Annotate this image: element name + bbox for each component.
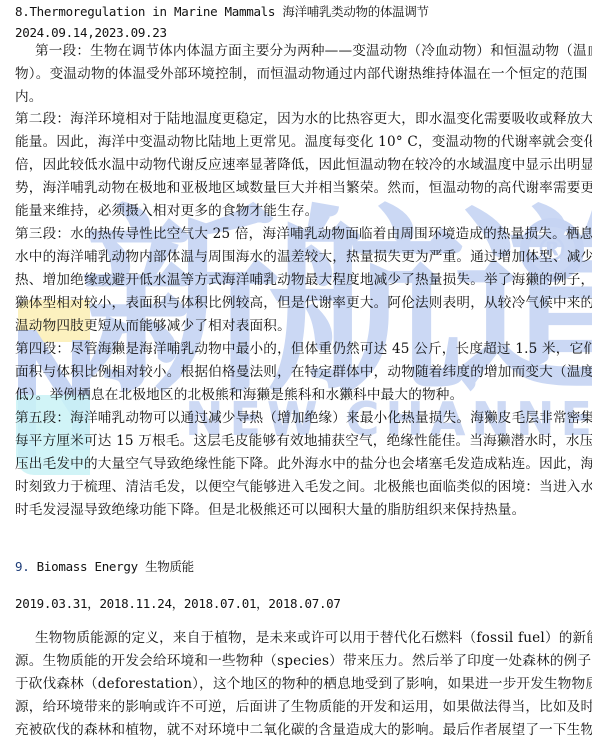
paragraph-line: 第一段：生物在调节体内体温方面主要分为两种——变温动物（冷血动物）和恒温动物（温…	[35, 40, 592, 63]
paragraph-line: 势，海洋哺乳动物在极地和亚极地区域数量巨大并相当繁荣。然而，恒温动物的高代谢率需…	[15, 177, 592, 200]
paragraph-line: 温动物四肢更短从而能够减少了相对表面积。	[15, 315, 291, 338]
section-9-number: 9.	[15, 559, 29, 574]
paragraph-line: 倍，因此较低水温中动物代谢反应速率显著降低，因此恒温动物在较冷的水域温度中显示出…	[15, 154, 592, 177]
paragraph-line: 低）。举例栖息在北极地区的北极熊和海獭是熊科和水獭科中最大的物种。	[15, 384, 463, 407]
paragraph-line: 时毛发浸湿导致绝缘功能下降。但是北极熊还可以囤积大量的脂肪组织来保持热量。	[15, 499, 525, 522]
paragraph-line: 第五段：海洋哺乳动物可以通过减少导热（增加绝缘）来最小化热量损失。海獭皮毛层非常…	[15, 407, 592, 430]
paragraph-line: 源，给环境带来的影响或许不可逆，后面讲了生物质能的开发和运用，如果做法得当，比如…	[15, 696, 592, 719]
paragraph-line: 于砍伐森林（deforestation），这个地区的物种的栖息地受到了影响，如果…	[15, 673, 592, 696]
paragraph-line: 能量。因此，海洋中变温动物比陆地上更常见。温度每变化 10° C，变温动物的代谢…	[15, 131, 592, 154]
section-8-dates: 2024.09.14,2023.09.23	[15, 25, 167, 40]
section-9-dates: 2019.03.31，2018.11.24，2018.07.01，2018.07…	[15, 594, 341, 612]
paragraph-line: 压出毛发中的大量空气导致绝缘性能下降。此外海水中的盐分也会堵塞毛发造成粘连。因此…	[15, 453, 592, 476]
paragraph-line: 物）。变温动物的体温受外部环境控制，而恒温动物通过内部代谢热维持体温在一个恒定的…	[15, 63, 588, 86]
paragraph-line: 热、增加绝缘或避开低水温等方式海洋哺乳动物最大程度地减少了热量损失。举了海獭的例…	[15, 269, 592, 292]
paragraph-line: 獭体型相对较小，表面积与体积比例较高，但是代谢率更大。阿伦法则表明，从较冷气候中…	[15, 292, 592, 315]
paragraph-line: 充被砍伐的森林和植物，就不对环境中二氧化碳的含量造成大的影响。最后作者展望了一下…	[15, 719, 592, 742]
paragraph-line: 第三段：水的热传导性比空气大 25 倍，海洋哺乳动物面临着由周围环境造成的热量损…	[15, 223, 592, 246]
paragraph-line: 面积与体积比例相对较小。根据伯格曼法则，在特定群体中，动物随着纬度的增加而变大（…	[15, 361, 592, 384]
paragraph-line: 每平方厘米可达 15 万根毛。这层毛皮能够有效地捕获空气，绝缘性能佳。当海獭潜水…	[15, 430, 592, 453]
paragraph-line: 能量来维持，必须摄入相对更多的食物才能生存。	[15, 200, 318, 223]
paragraph-line: 源。生物质能的开发会给环境和一些物种（species）带来压力。然后举了印度一处…	[15, 650, 592, 673]
paragraph-line: 第四段：尽管海獭是海洋哺乳动物中最小的，但体重仍然可达 45 公斤，长度超过 1…	[15, 338, 592, 361]
section-9-title: 9. Biomass Energy 生物质能	[15, 557, 194, 575]
paragraph-line: 水中的海洋哺乳动物内部体温与周围海水的温差较大，热量损失更为严重。通过增加体型、…	[15, 246, 592, 269]
paragraph-line: 生物物质能源的定义，来自于植物，是未来或许可以用于替代化石燃料（fossil f…	[35, 627, 592, 650]
section-9-title-text: Biomass Energy 生物质能	[29, 559, 193, 574]
paragraph-line: 时刻致力于梳理、清洁毛发，以便空气能够进入毛发之间。北极熊也面临类似的困境：当进…	[15, 476, 592, 499]
section-8-title: 8.Thermoregulation in Marine Mammals 海洋哺…	[15, 2, 429, 20]
paragraph-line: 第二段：海洋环境相对于陆地温度更稳定，因为水的比热容更大，即水温变化需要吸收或释…	[15, 108, 592, 131]
paragraph-line: 内。	[15, 86, 43, 109]
